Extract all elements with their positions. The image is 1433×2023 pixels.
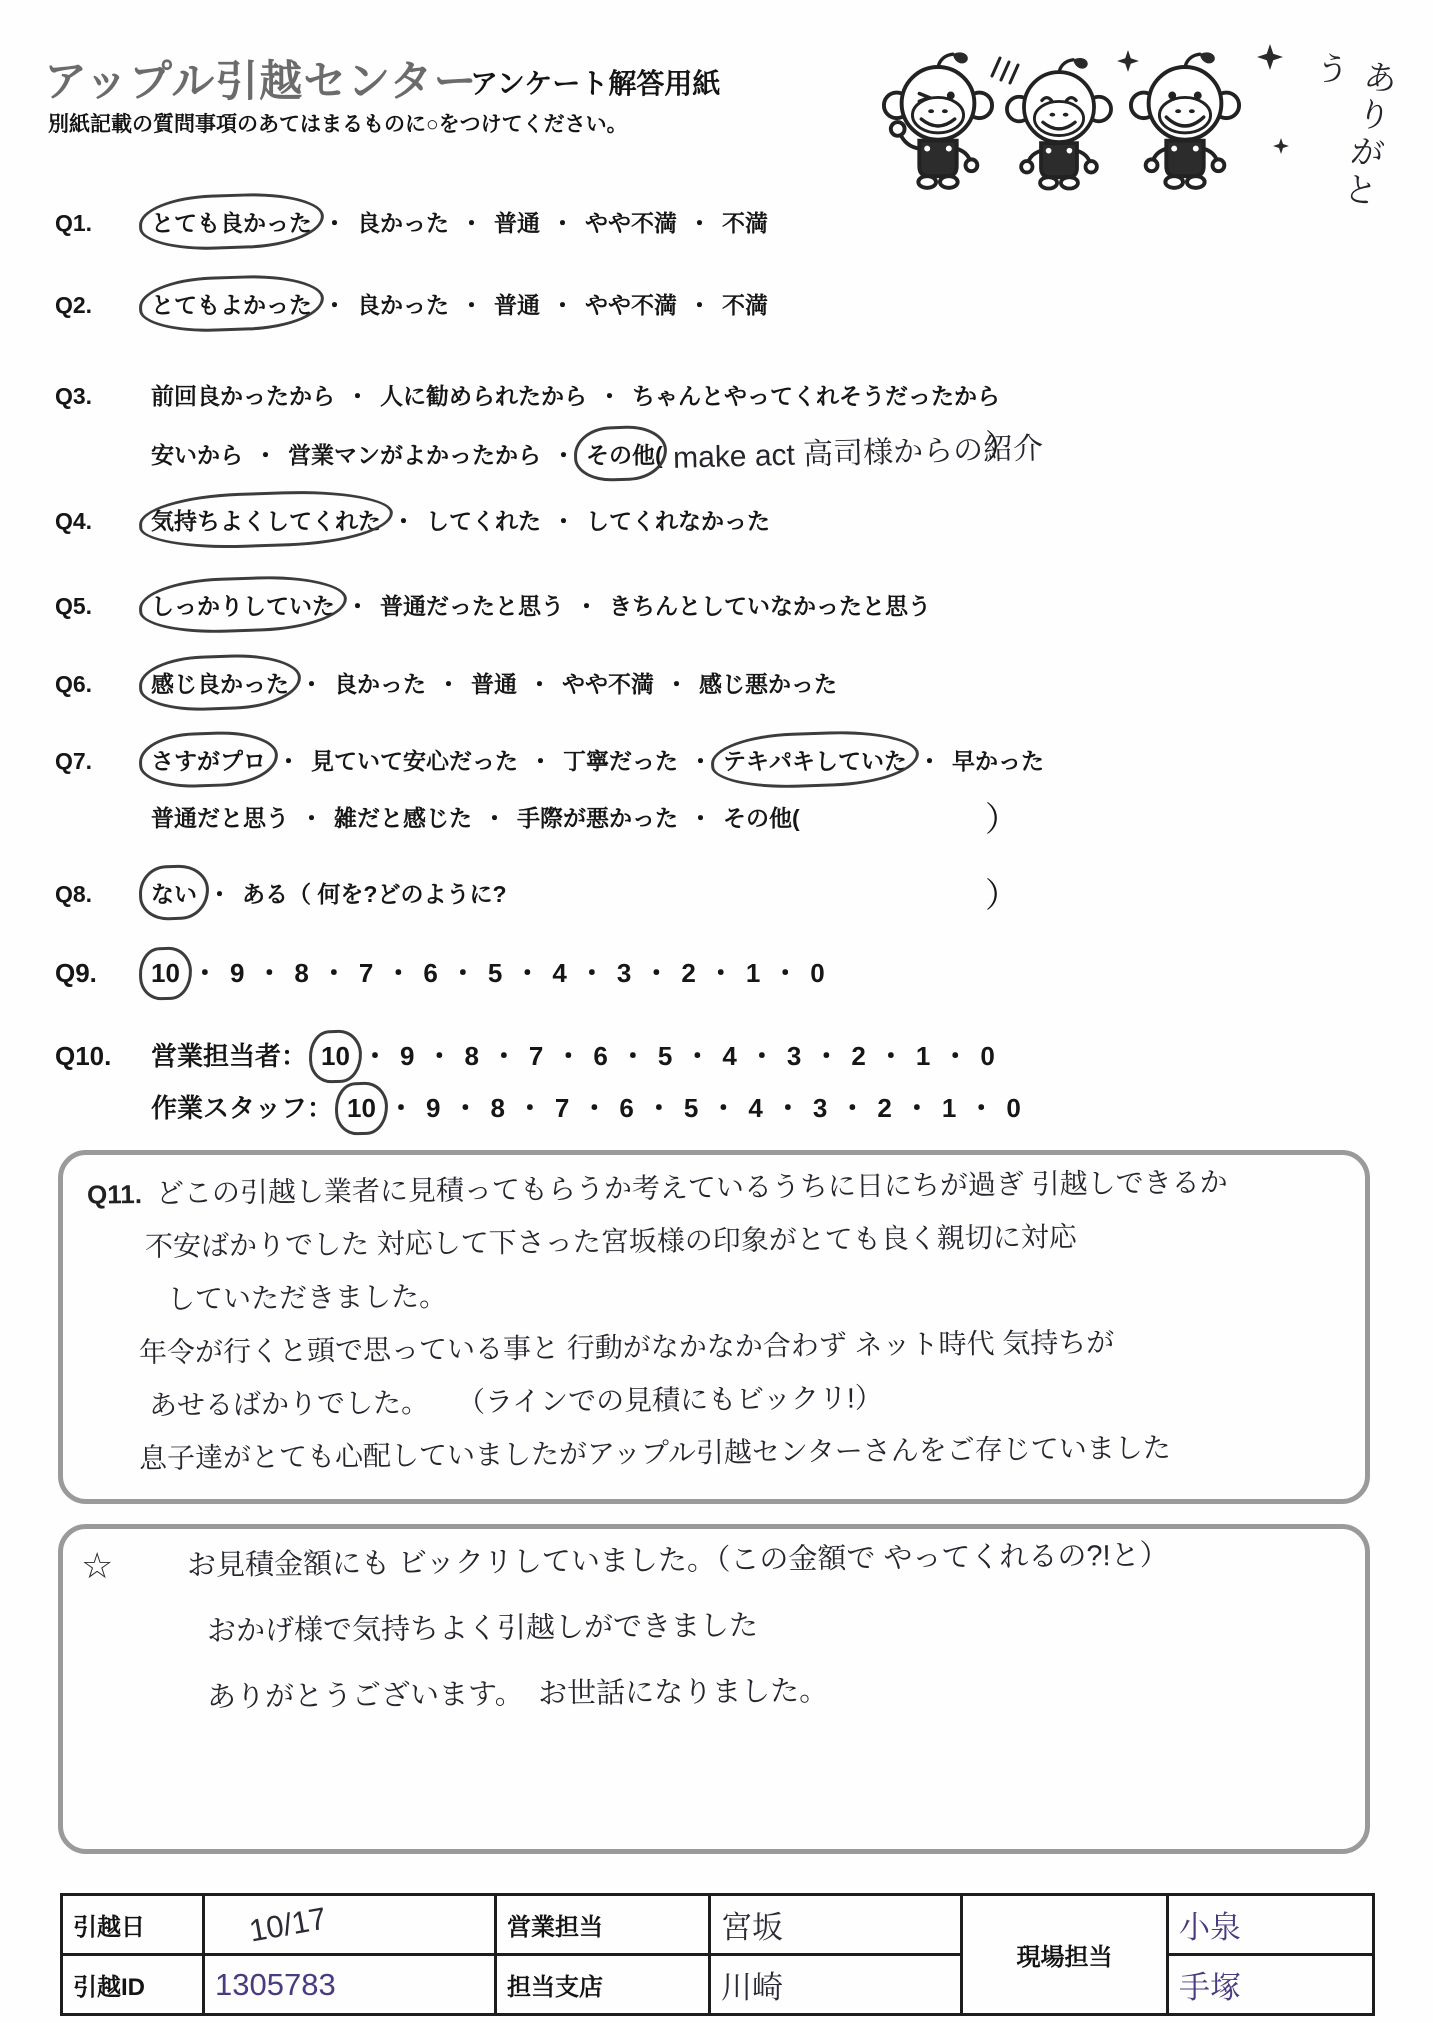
option: 前回良かったから — [151, 378, 335, 411]
option: 1 — [746, 958, 760, 989]
option-separator: ・ — [904, 1093, 930, 1123]
option-separator: ・ — [452, 1093, 478, 1123]
option: 2 — [681, 958, 695, 989]
option: 良かった — [334, 666, 426, 699]
option-separator: ・ — [551, 210, 574, 236]
option-circled: 10 — [347, 1093, 376, 1124]
option: 丁寧だった — [563, 743, 678, 776]
question-row-q1: Q1.とても良かった・良かった・普通・やや不満・不満 — [55, 205, 1395, 238]
question-number: Q1. — [55, 210, 151, 237]
option-separator: ・ — [192, 958, 218, 988]
table-row: 引越日 10/17 営業担当 宮坂 現場担当 小泉 — [62, 1895, 1374, 1955]
q11-handwritten-line: していただきました。 — [87, 1268, 1341, 1319]
sparkle-icon — [1117, 50, 1139, 72]
option-separator: ・ — [514, 958, 540, 988]
option-circled: しっかりしていた — [151, 588, 335, 621]
move-date-label: 引越日 — [62, 1895, 204, 1955]
branch-value: 川崎 — [710, 1955, 962, 2015]
option: 6 — [593, 1041, 607, 1072]
option: 普通だと思う — [151, 800, 289, 833]
option-circled: 感じ良かった — [151, 666, 289, 699]
option-separator: ・ — [942, 1041, 968, 1071]
handwritten-text: あせるばかりでした。 （ラインでの見積にもビックリ!） — [149, 1382, 883, 1421]
question-row-q5: Q5.しっかりしていた・普通だったと思う・きちんとしていなかったと思う — [55, 588, 1395, 621]
option-separator: ・ — [385, 958, 411, 988]
option-separator: ・ — [256, 958, 282, 988]
question-number: Q8. — [55, 881, 151, 908]
option: 7 — [529, 1041, 543, 1072]
handwritten-text: していただきました。 — [167, 1281, 447, 1315]
option-separator: ・ — [392, 508, 415, 534]
q11-handwritten-line: あせるばかりでした。 （ラインでの見積にもビックリ!） — [87, 1374, 1341, 1425]
option: 普通 — [471, 666, 517, 699]
option-separator: ・ — [689, 805, 712, 831]
q11-handwritten-line: 息子達がとても心配していましたがアップル引越センターさんをご存じていました — [87, 1427, 1341, 1478]
option: 5 — [658, 1041, 672, 1072]
sparkle-icon — [1273, 138, 1289, 154]
option-separator: ・ — [388, 1093, 414, 1123]
site-crew-label: 現場担当 — [962, 1895, 1168, 2015]
scale-row-label: 作業スタッフ： — [151, 1093, 333, 1123]
option: 8 — [294, 958, 308, 989]
option: ちゃんとやってくれそうだったから — [632, 378, 1000, 411]
star-handwritten-line: お見積金額にも ビックリしていました。（この金額で やってくれるの?!と） — [159, 1535, 1341, 1585]
star-comment-lines: お見積金額にも ビックリしていました。（この金額で やってくれるの?!と）おかげ… — [87, 1541, 1341, 1711]
option: 手際が悪かった — [517, 800, 678, 833]
option: 早かった — [952, 743, 1044, 776]
option: 4 — [748, 1093, 762, 1124]
option-separator: ・ — [643, 958, 669, 988]
closing-paren: ） — [985, 868, 1019, 917]
option: 7 — [555, 1093, 569, 1124]
option-separator: ・ — [775, 1093, 801, 1123]
scale-row-label: 営業担当者： — [151, 1041, 307, 1071]
option: 9 — [400, 1041, 414, 1072]
option-separator: ・ — [437, 671, 460, 697]
option: その他( — [723, 800, 800, 833]
option: 普通 — [494, 287, 540, 320]
brand-logo-text: アップル引越センター — [44, 48, 478, 109]
option-separator: ・ — [689, 748, 712, 774]
question-number: Q4. — [55, 508, 151, 535]
handwritten-text: おかげ様で気持ちよく引越しができました — [207, 1610, 758, 1648]
option-separator: ・ — [362, 1041, 388, 1071]
monkey-mascot-icon — [1127, 50, 1243, 198]
question-row-q3-line1: Q3.前回良かったから・人に勧められたから・ちゃんとやってくれそうだったから — [55, 378, 1395, 411]
option: 良かった — [357, 287, 449, 320]
option: 3 — [787, 1041, 801, 1072]
question-row-q4: Q4.気持ちよくしてくれた・してくれた・してくれなかった — [55, 503, 1395, 536]
option: 0 — [980, 1041, 994, 1072]
option: やや不満 — [585, 205, 677, 238]
branch-label: 担当支店 — [496, 1955, 710, 2015]
question-row-q6: Q6.感じ良かった・良かった・普通・やや不満・感じ悪かった — [55, 666, 1395, 699]
option-separator: ・ — [460, 292, 483, 318]
option: 見ていて安心だった — [311, 743, 518, 776]
option-circled: 10 — [151, 958, 180, 989]
option: ある（ 何を?どのように? — [242, 876, 507, 909]
option-separator: ・ — [529, 748, 552, 774]
option-separator: ・ — [688, 210, 711, 236]
option: 0 — [810, 958, 824, 989]
option: してくれなかった — [586, 503, 770, 536]
option-separator: ・ — [528, 671, 551, 697]
survey-sheet-page: アップル引越センター アンケート解答用紙 別紙記載の質問事項のあてはまるものに○… — [0, 0, 1433, 2023]
option: 5 — [488, 958, 502, 989]
question-row-q7-line1: Q7.さすがプロ・見ていて安心だった・丁寧だった・テキパキしていた・早かった — [55, 743, 1395, 776]
q11-comment-lines: Q11.どこの引越し業者に見積ってもらうか考えているうちに日にちが過ぎ 引越しで… — [87, 1169, 1341, 1472]
handwritten-text: どこの引越し業者に見積ってもらうか考えているうちに日にちが過ぎ 引越しできるか — [156, 1167, 1228, 1209]
star-handwritten-line: おかげ様で気持ちよく引越しができました — [159, 1601, 1341, 1651]
handwritten-thanks: ありがとう — [1279, 47, 1405, 231]
option: 8 — [464, 1041, 478, 1072]
star-icon: ☆ — [81, 1545, 113, 1587]
question-number: Q3. — [55, 383, 151, 410]
option: 3 — [813, 1093, 827, 1124]
option-separator: ・ — [491, 1041, 517, 1071]
option: 不満 — [722, 205, 768, 238]
option-separator: ・ — [646, 1093, 672, 1123]
option-separator: ・ — [460, 210, 483, 236]
option-circled: その他 — [586, 437, 655, 470]
star-comment-box: ☆ お見積金額にも ビックリしていました。（この金額で やってくれるの?!と）お… — [58, 1524, 1370, 1854]
option: 6 — [423, 958, 437, 989]
option-separator: ・ — [772, 958, 798, 988]
option-separator: ・ — [450, 958, 476, 988]
option-separator: ・ — [579, 958, 605, 988]
option-separator: ・ — [254, 442, 277, 468]
question-row-q10-line1: Q10.営業担当者：10・9・8・7・6・5・4・3・2・1・0 — [55, 1036, 1395, 1073]
option-separator: ・ — [552, 508, 575, 534]
option-separator: ・ — [552, 442, 575, 468]
move-id-value: 1305783 — [204, 1955, 496, 2015]
option: 普通だったと思う — [380, 588, 564, 621]
option: 9 — [230, 958, 244, 989]
option-separator: ・ — [323, 292, 346, 318]
option: 5 — [684, 1093, 698, 1124]
handwritten-text: ありがとうございます。 お世話になりました。 — [207, 1675, 828, 1714]
option: 良かった — [357, 205, 449, 238]
option: 1 — [942, 1093, 956, 1124]
question-number: Q11. — [87, 1179, 142, 1210]
option-separator: ・ — [277, 748, 300, 774]
option-circled: 気持ちよくしてくれた — [151, 503, 381, 536]
question-row-q9: Q9.10・9・8・7・6・5・4・3・2・1・0 — [55, 953, 1395, 990]
option: 9 — [426, 1093, 440, 1124]
option-separator: ・ — [839, 1093, 865, 1123]
option-separator: ・ — [688, 292, 711, 318]
closing-paren: ） — [985, 792, 1019, 841]
table-row: 引越ID 1305783 担当支店 川崎 手塚 — [62, 1955, 1374, 2015]
option-circled: とても良かった — [151, 205, 312, 238]
move-date-value: 10/17 — [204, 1895, 496, 1955]
option-separator: ・ — [813, 1041, 839, 1071]
option-separator: ・ — [918, 748, 941, 774]
question-number: Q10. — [55, 1041, 151, 1072]
option-circled: 10 — [321, 1041, 350, 1072]
page-title: アンケート解答用紙 — [470, 62, 720, 102]
question-row-q10-line2: 作業スタッフ：10・9・8・7・6・5・4・3・2・1・0 — [55, 1088, 1395, 1125]
option: 6 — [619, 1093, 633, 1124]
instruction-text: 別紙記載の質問事項のあてはまるものに○をつけてください。 — [48, 108, 628, 138]
option: きちんとしていなかったと思う — [609, 588, 931, 621]
option-circled: テキパキしていた — [723, 743, 907, 776]
option-separator: ・ — [581, 1093, 607, 1123]
option-circled: さすがプロ — [151, 743, 266, 776]
question-number: Q7. — [55, 748, 151, 775]
option-separator: ・ — [426, 1041, 452, 1071]
option: 人に勧められたから — [380, 378, 587, 411]
option-separator: ・ — [575, 593, 598, 619]
option-circled: とてもよかった — [151, 287, 312, 320]
option-separator: ・ — [968, 1093, 994, 1123]
mascot-illustrations: ありがとう — [875, 42, 1415, 212]
action-lines-icon — [987, 52, 1023, 86]
option: 普通 — [494, 205, 540, 238]
option-separator: ・ — [878, 1041, 904, 1071]
option-open-paren: ( — [655, 442, 663, 468]
footer-table: 引越日 10/17 営業担当 宮坂 現場担当 小泉 引越ID 1305783 担… — [60, 1893, 1375, 2016]
option-separator: ・ — [598, 383, 621, 409]
option-separator: ・ — [620, 1041, 646, 1071]
option: 4 — [552, 958, 566, 989]
q11-handwritten-line: 不安ばかりでした 対応して下さった宮坂様の印象がとても良く親切に対応 — [87, 1215, 1341, 1266]
option-separator: ・ — [300, 805, 323, 831]
q11-handwritten-line: 年令が行くと頭で思っている事と 行動がなかなか合わず ネット時代 気持ちが — [87, 1321, 1341, 1372]
q11-comment-box: Q11.どこの引越し業者に見積ってもらうか考えているうちに日にちが過ぎ 引越しで… — [58, 1150, 1370, 1504]
option: やや不満 — [585, 287, 677, 320]
question-row-q2: Q2.とてもよかった・良かった・普通・やや不満・不満 — [55, 287, 1395, 320]
sales-rep-value: 宮坂 — [710, 1895, 962, 1955]
sales-rep-label: 営業担当 — [496, 1895, 710, 1955]
option: 0 — [1006, 1093, 1020, 1124]
question-row-q8: Q8.ない・ある（ 何を?どのように?） — [55, 876, 1395, 909]
option: 雑だと感じた — [334, 800, 472, 833]
handwritten-text: お見積金額にも ビックリしていました。（この金額で やってくれるの?!と） — [187, 1540, 1169, 1582]
question-number: Q2. — [55, 292, 151, 319]
option: してくれた — [426, 503, 541, 536]
option-separator: ・ — [483, 805, 506, 831]
handwritten-text: 息子達がとても心配していましたがアップル引越センターさんをご存じていました — [139, 1432, 1171, 1474]
closing-paren: ） — [985, 420, 1019, 469]
option-separator: ・ — [346, 383, 369, 409]
option-separator: ・ — [708, 958, 734, 988]
option-separator: ・ — [710, 1093, 736, 1123]
q11-handwritten-line: Q11.どこの引越し業者に見積ってもらうか考えているうちに日にちが過ぎ 引越しで… — [87, 1162, 1341, 1213]
option: 営業マンがよかったから — [288, 437, 541, 470]
option-separator: ・ — [665, 671, 688, 697]
question-row-q7-line2: 普通だと思う・雑だと感じた・手際が悪かった・その他(） — [55, 800, 1395, 833]
option: 1 — [916, 1041, 930, 1072]
site-crew-value-2: 手塚 — [1168, 1955, 1374, 2015]
option: 不満 — [722, 287, 768, 320]
option-separator: ・ — [208, 881, 231, 907]
question-number: Q9. — [55, 958, 151, 989]
site-crew-value-1: 小泉 — [1168, 1895, 1374, 1955]
option: 2 — [851, 1041, 865, 1072]
option: 2 — [877, 1093, 891, 1124]
move-id-label: 引越ID — [62, 1955, 204, 2015]
question-row-q3-line2: 安いから・営業マンがよかったから・その他(make act 高司様からの紹介） — [55, 428, 1395, 472]
option-separator: ・ — [323, 210, 346, 236]
option: 7 — [359, 958, 373, 989]
option-separator: ・ — [555, 1041, 581, 1071]
option-separator: ・ — [346, 593, 369, 619]
option-separator: ・ — [517, 1093, 543, 1123]
question-number: Q6. — [55, 671, 151, 698]
handwritten-text: 年令が行くと頭で思っている事と 行動がなかなか合わず ネット時代 気持ちが — [139, 1327, 1115, 1368]
handwritten-text: 不安ばかりでした 対応して下さった宮坂様の印象がとても良く親切に対応 — [145, 1221, 1077, 1262]
star-handwritten-line: ありがとうございます。 お世話になりました。 — [159, 1667, 1341, 1717]
option-separator: ・ — [551, 292, 574, 318]
option-separator: ・ — [684, 1041, 710, 1071]
option-circled: ない — [151, 876, 197, 909]
monkey-mascot-icon — [880, 50, 996, 198]
option-separator: ・ — [749, 1041, 775, 1071]
option: 感じ悪かった — [699, 666, 837, 699]
option-separator: ・ — [300, 671, 323, 697]
sparkle-icon — [1257, 44, 1283, 70]
option-separator: ・ — [321, 958, 347, 988]
option: 8 — [490, 1093, 504, 1124]
option: 3 — [617, 958, 631, 989]
question-number: Q5. — [55, 593, 151, 620]
option: やや不満 — [562, 666, 654, 699]
option: 安いから — [151, 437, 243, 470]
option: 4 — [722, 1041, 736, 1072]
